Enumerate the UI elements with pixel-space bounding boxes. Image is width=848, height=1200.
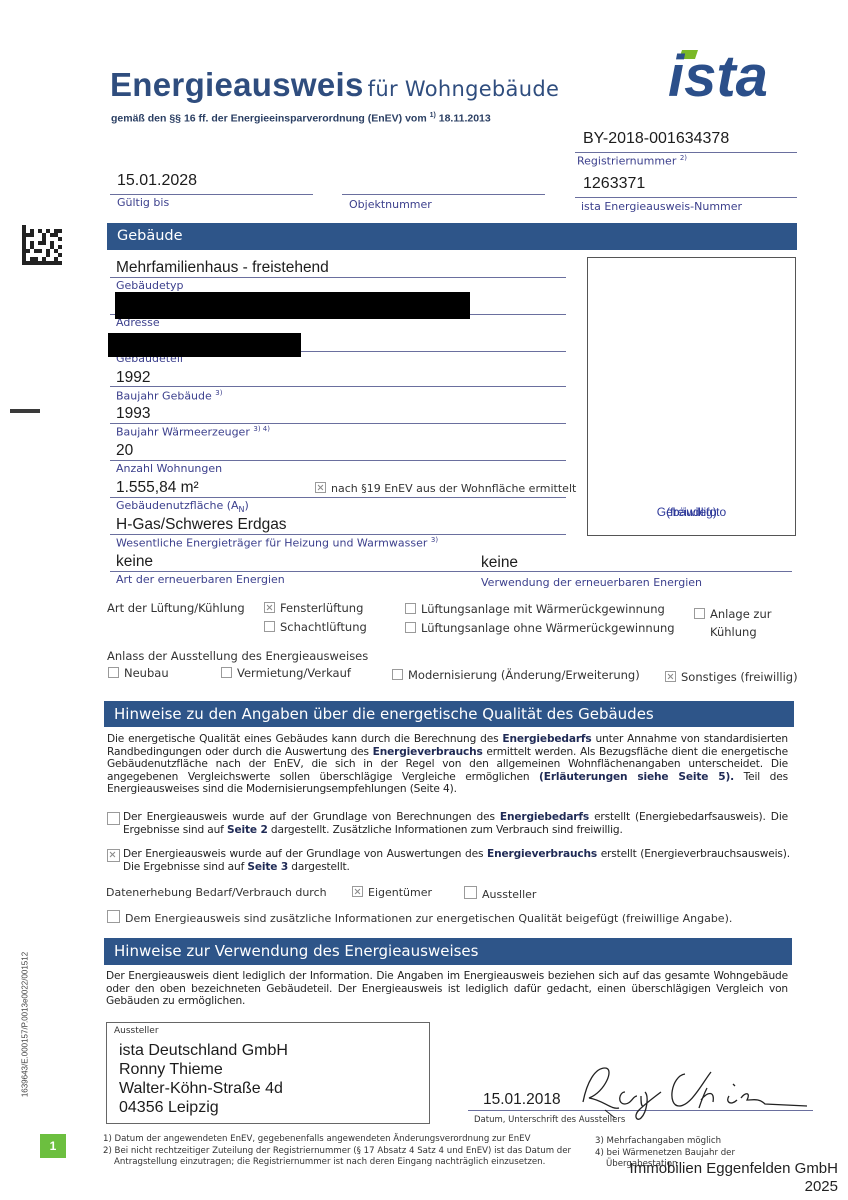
registriernummer-label: Registriernummer 2) — [577, 154, 687, 168]
objektnummer-label: Objektnummer — [349, 198, 432, 211]
anlass-label: Anlass der Ausstellung des Energieauswei… — [107, 649, 368, 663]
baujahr-waermeerzeuger-value: 1993 — [116, 405, 150, 423]
document-title: Energieausweisfür Wohngebäude — [110, 66, 559, 104]
checkbox-icon — [108, 667, 119, 678]
option-vermietung-verkauf[interactable]: Vermietung/Verkauf — [221, 666, 351, 680]
document-subtitle: gemäß den §§ 16 ff. der Energieeinsparve… — [111, 112, 491, 125]
checkbox-icon — [315, 482, 326, 493]
checkbox-icon — [221, 667, 232, 678]
anzahl-wohnungen-label: Anzahl Wohnungen — [116, 462, 222, 475]
option-energieverbrauchsausweis[interactable]: Der Energieausweis wurde auf der Grundla… — [107, 848, 790, 873]
art-erneuerbar-value: keine — [116, 553, 153, 571]
ista-nummer-label: ista Energieausweis-Nummer — [581, 200, 742, 213]
fold-mark — [10, 409, 40, 413]
checkbox-icon — [107, 910, 120, 923]
nutzflaeche-wohnflaeche-checkbox[interactable]: nach §19 EnEV aus der Wohnfläche ermitte… — [315, 482, 576, 495]
hinweise-verwendung-paragraph: Der Energieausweis dient lediglich der I… — [106, 970, 788, 1008]
aussteller-line: Ronny Thieme — [119, 1061, 223, 1079]
gueltig-bis-value: 15.01.2028 — [117, 172, 197, 190]
option-anlage-zur-kuehlung[interactable]: Anlage zurKühlung — [694, 605, 771, 641]
signature-icon — [575, 1062, 815, 1122]
aussteller-line: ista Deutschland GmbH — [119, 1042, 288, 1060]
section-header-gebaeude: Gebäude — [107, 223, 797, 250]
footnotes-left: 1) Datum der angewendeten EnEV, gegebene… — [103, 1134, 571, 1169]
checkbox-icon — [464, 886, 477, 899]
hinweise-angaben-paragraph: Die energetische Qualität eines Gebäudes… — [107, 733, 788, 796]
nutzflaeche-label: Gebäudenutzfläche (AN) — [116, 499, 249, 514]
aussteller-line: 04356 Leipzig — [119, 1099, 219, 1117]
checkbox-icon — [405, 603, 416, 614]
checkbox-icon — [264, 621, 275, 632]
energietraeger-value: H-Gas/Schweres Erdgas — [116, 516, 287, 534]
gebaeudefoto-placeholder: Gebäudefoto(freiwillig) — [587, 257, 796, 536]
option-modernisierung[interactable]: Modernisierung (Änderung/Erweiterung) — [392, 668, 640, 682]
verwendung-erneuerbar-value: keine — [481, 554, 518, 572]
anzahl-wohnungen-value: 20 — [116, 442, 133, 460]
option-eigentuemer[interactable]: Eigentümer — [352, 886, 432, 899]
page-number-badge: 1 — [40, 1134, 66, 1158]
gebaeudetyp-label: Gebäudetyp — [116, 279, 184, 292]
lueftung-label: Art der Lüftung/Kühlung — [107, 601, 245, 615]
option-energiebedarfsausweis[interactable]: Der Energieausweis wurde auf der Grundla… — [107, 811, 788, 836]
checkbox-icon — [107, 849, 120, 862]
gebaeudeteil-redacted — [108, 333, 301, 357]
datamatrix-code — [22, 225, 62, 265]
checkbox-icon — [352, 886, 363, 897]
checkbox-icon — [392, 669, 403, 680]
verwendung-erneuerbar-label: Verwendung der erneuerbaren Energien — [481, 576, 702, 589]
section-header-hinweise-angaben: Hinweise zu den Angaben über die energet… — [104, 701, 794, 727]
checkbox-icon — [405, 622, 416, 633]
svg-text:ista: ista — [668, 44, 768, 100]
nutzflaeche-value: 1.555,84 m² — [116, 479, 199, 497]
checkbox-icon — [694, 608, 705, 619]
baujahr-gebaeude-label: Baujahr Gebäude 3) — [116, 389, 222, 403]
watermark: Immobilien Eggenfelden GmbH 2025 — [630, 1160, 838, 1196]
option-zusatzinformationen[interactable]: Dem Energieausweis sind zusätzliche Info… — [107, 910, 732, 925]
ista-logo: ista — [668, 44, 800, 100]
registriernummer-value: BY-2018-001634378 — [583, 130, 729, 148]
adresse-redacted — [115, 292, 470, 319]
option-sonstiges[interactable]: Sonstiges (freiwillig) — [665, 670, 798, 684]
section-header-hinweise-verwendung: Hinweise zur Verwendung des Energieauswe… — [104, 938, 792, 965]
signature-date: 15.01.2018 — [483, 1091, 561, 1109]
datenerhebung-label: Datenerhebung Bedarf/Verbrauch durch — [106, 886, 327, 899]
gebaeudetyp-value: Mehrfamilienhaus - freistehend — [116, 259, 329, 277]
option-neubau[interactable]: Neubau — [108, 666, 169, 680]
option-schachtlueftung[interactable]: Schachtlüftung — [264, 620, 367, 634]
aussteller-box: Aussteller ista Deutschland GmbH Ronny T… — [106, 1022, 430, 1124]
title-sub: für Wohngebäude — [368, 77, 560, 101]
checkbox-icon — [107, 812, 120, 825]
aussteller-line: Walter-Köhn-Straße 4d — [119, 1080, 283, 1098]
option-fensterlueftung[interactable]: Fensterlüftung — [264, 601, 363, 615]
checkbox-icon — [264, 602, 275, 613]
option-aussteller[interactable]: Aussteller — [464, 886, 536, 901]
option-lueftungsanlage-mit-wrg[interactable]: Lüftungsanlage mit Wärmerückgewinnung — [405, 602, 665, 616]
ista-nummer-value: 1263371 — [583, 175, 645, 193]
energietraeger-label: Wesentliche Energieträger für Heizung un… — [116, 536, 438, 550]
option-lueftungsanlage-ohne-wrg[interactable]: Lüftungsanlage ohne Wärmerückgewinnung — [405, 621, 675, 635]
side-document-code: 1639643/E.000157/P.0013e0022/001512 — [21, 945, 30, 1105]
checkbox-icon — [665, 671, 676, 682]
baujahr-gebaeude-value: 1992 — [116, 369, 150, 387]
baujahr-waermeerzeuger-label: Baujahr Wärmeerzeuger 3) 4) — [116, 425, 270, 439]
gueltig-bis-label: Gültig bis — [117, 196, 169, 209]
title-main: Energieausweis — [110, 66, 364, 103]
art-erneuerbar-label: Art der erneuerbaren Energien — [116, 573, 285, 586]
